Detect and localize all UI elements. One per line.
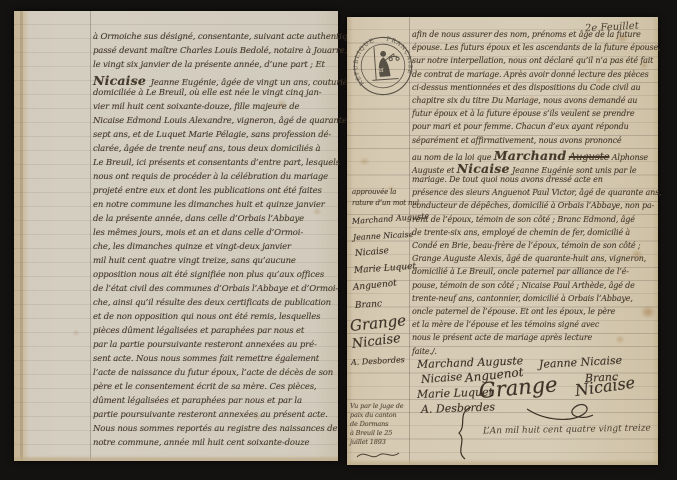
handwritten-line: passé devant maître Charles Louis Bedolé… <box>93 47 333 61</box>
right-page-handwriting: afin de nous assurer des nom, prénoms et… <box>412 31 656 361</box>
margin-approval-note: approuvée larature d’un mot nul <box>352 189 410 211</box>
register-scan: à Ormoiche sus désigné, consentante, sui… <box>0 0 677 480</box>
handwritten-line: sept ans, et de Luquet Marie Pélagie, sa… <box>93 131 333 145</box>
signature: Nicaise <box>351 331 402 352</box>
svg-text:RÉPUBLIQUE: RÉPUBLIQUE <box>351 38 379 87</box>
page-edge <box>20 11 23 461</box>
foxing-stain <box>359 157 370 166</box>
handwritten-line: che, les dimanches quinze et vingt-deux … <box>93 243 333 257</box>
handwritten-line: domicilié à Le Breuil, oncle paternel pa… <box>412 268 656 281</box>
handwritten-line: les mêmes jours, mois et an et dans cell… <box>93 229 333 243</box>
signature: Nicaise <box>574 373 636 400</box>
handwritten-line: en notre commune les dimanches huit et q… <box>93 201 333 215</box>
signature: Branc <box>355 299 383 311</box>
signature: Jeanne Nicaise <box>353 230 414 242</box>
left-page: à Ormoiche sus désigné, consentante, sui… <box>14 11 338 461</box>
handwritten-line: trente-neuf ans, cantonnier, domicilié à… <box>412 295 656 308</box>
handwritten-line: nous le présent acte de mariage après le… <box>412 334 656 347</box>
handwritten-line: rature d’un mot nul <box>352 200 410 211</box>
stamp-arc-left: RÉPUBLIQUE <box>351 38 379 87</box>
right-page: 2e Feuillet RÉPUBLIQUE FRANÇAISE <box>347 17 658 465</box>
handwritten-line: projeté entre eux et dont les publicatio… <box>93 187 333 201</box>
stamp-value: 2f <box>377 68 384 74</box>
judge-visa-note: Vu par le juge depaix du cantonde Dorman… <box>350 403 410 448</box>
signature: Nicaise <box>355 246 390 259</box>
handwritten-line: dûment légalisées et paraphées par nous … <box>93 397 333 411</box>
handwritten-line: nous ont requis de procéder à la célébra… <box>93 173 333 187</box>
handwritten-line: Nicaise Edmond Louis Alexandre, vigneron… <box>93 117 333 131</box>
signature: Nicaise <box>421 370 463 386</box>
handwritten-line: Nicaise Jeanne Eugénie, âgée de vingt un… <box>93 75 333 89</box>
handwritten-line: pouse, témoin de son côté ; Nicaise Paul… <box>412 282 656 295</box>
foxing-stain <box>72 329 80 337</box>
handwritten-line: de l’état civil des communes d’Orbais l’… <box>93 285 333 299</box>
handwritten-line: sur notre interpellation, nous ont décla… <box>412 57 656 70</box>
revenue-stamp: RÉPUBLIQUE FRANÇAISE 2f <box>350 33 416 99</box>
handwritten-line: notre commune, année mil huit cent soixa… <box>93 439 333 453</box>
handwritten-line: rent de l’époux, témoin de son côté ; Br… <box>412 216 656 229</box>
handwritten-line: à Ormoiche sus désigné, consentante, sui… <box>93 33 333 47</box>
visa-signature-flourish-icon <box>355 447 401 463</box>
handwritten-line: opposition nous ait été signifiée non pl… <box>93 271 333 285</box>
signature: Anguenot <box>352 278 397 293</box>
signature: Marie Luquet <box>354 262 417 276</box>
handwritten-line: l’acte de naissance du futur époux, l’ac… <box>93 369 333 383</box>
seated-marianne-figure <box>370 46 400 81</box>
handwritten-line: partie poursuivante resteront annexées a… <box>93 411 333 425</box>
handwritten-line: domiciliée à Le Breuil, où elle est née … <box>93 89 333 103</box>
signature: A. Desbordes <box>421 400 495 416</box>
handwritten-line: pièces dûment légalisées et paraphées pa… <box>93 327 333 341</box>
handwritten-line: père et le consentement écrit de sa mère… <box>93 383 333 397</box>
signature: A. Desbordes <box>351 355 405 367</box>
handwritten-line: de la présente année, dans celle d’Orbai… <box>93 215 333 229</box>
handwritten-line: mil huit cent quatre vingt treize, sans … <box>93 257 333 271</box>
handwritten-line: che, ainsi qu’il résulte des deux certif… <box>93 299 333 313</box>
handwritten-line: et de non opposition qui nous ont été re… <box>93 313 333 327</box>
handwritten-line: clarée, âgée de trente neuf ans, tous de… <box>93 145 333 159</box>
margin-rule <box>90 11 91 461</box>
handwritten-line: ci-dessus mentionnées et des disposition… <box>412 84 656 97</box>
handwritten-line: de contrat de mariage. Après avoir donné… <box>412 71 656 84</box>
handwritten-line: juillet 1893 <box>350 439 410 448</box>
handwritten-line: Nous nous sommes reportés au registre de… <box>93 425 333 439</box>
handwritten-line: vier mil huit cent soixante-douze, fille… <box>93 103 333 117</box>
handwritten-line: Le Breuil, ici présents et consentants d… <box>93 159 333 173</box>
handwritten-line: au nom de la loi que Marchand Auguste Al… <box>412 150 656 163</box>
handwritten-line: pour mari et pour femme. Chacun d’eux ay… <box>412 123 656 136</box>
left-page-handwriting: à Ormoiche sus désigné, consentante, sui… <box>93 33 333 453</box>
closing-line: L’An mil huit cent quatre vingt treize <box>483 424 651 437</box>
handwritten-line: par la partie poursuivante resteront ann… <box>93 341 333 355</box>
handwritten-line: sent acte. Nous nous sommes fait remettr… <box>93 355 333 369</box>
handwritten-line: conducteur de dépêches, domicilié à Orba… <box>412 202 656 215</box>
